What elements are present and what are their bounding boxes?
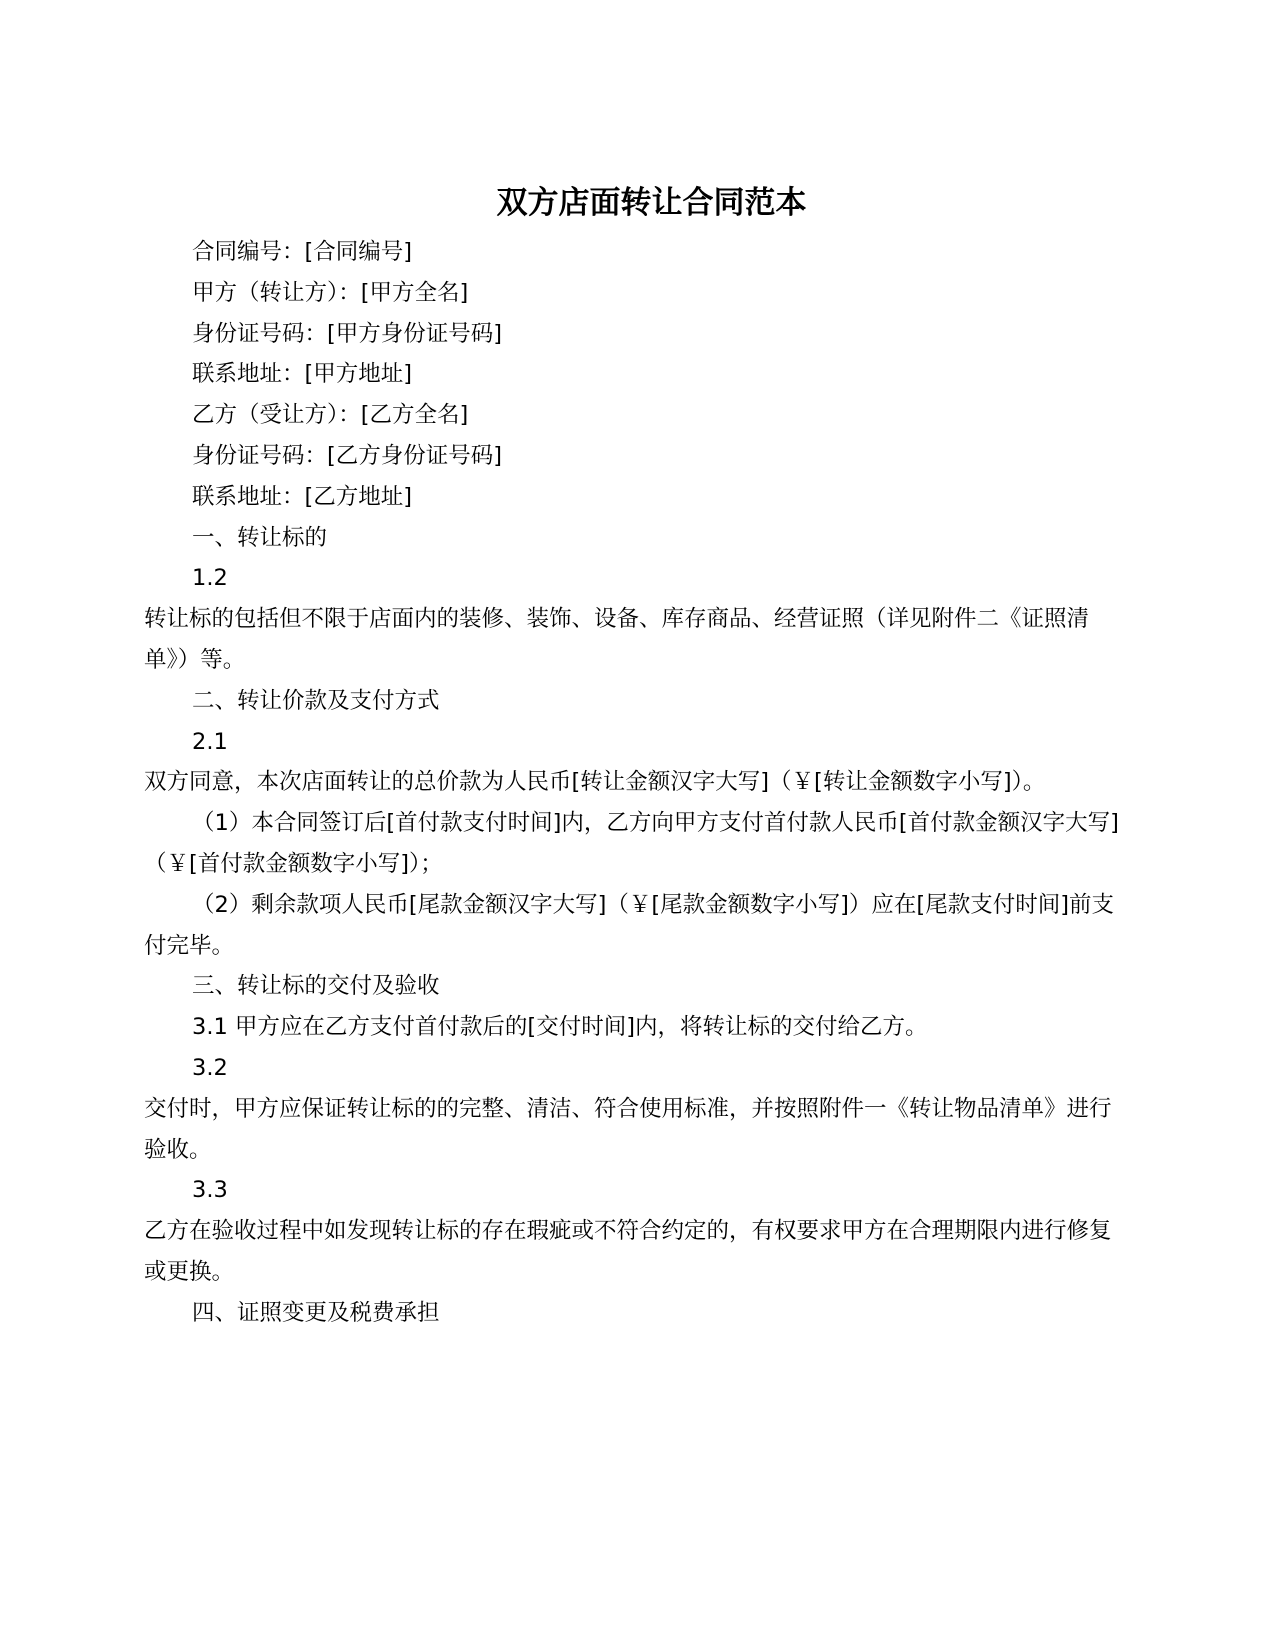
clause-text-3-3: 乙方在验收过程中如发现转让标的存在瑕疵或不符合约定的，有权要求甲方在合理期限内进… (144, 1211, 1129, 1293)
payment-item-1: （1）本合同签订后[首付款支付时间]内，乙方向甲方支付首付款人民币[首付款金额汉… (144, 803, 1129, 885)
contract-number: 合同编号：[合同编号] (144, 232, 1129, 273)
clause-number-2-1: 2.1 (144, 722, 1129, 763)
clause-text-1-2: 转让标的包括但不限于店面内的装修、装饰、设备、库存商品、经营证照（详见附件二《证… (144, 599, 1129, 681)
party-b-name: 乙方（受让方）：[乙方全名] (144, 395, 1129, 436)
document-page: 双方店面转让合同范本 合同编号：[合同编号] 甲方（转让方）：[甲方全名] 身份… (144, 178, 1129, 1334)
section-heading-1: 一、转让标的 (144, 518, 1129, 559)
clause-3-1: 3.1 甲方应在乙方支付首付款后的[交付时间]内，将转让标的交付给乙方。 (144, 1007, 1129, 1048)
party-b-id: 身份证号码：[乙方身份证号码] (144, 436, 1129, 477)
payment-item-2: （2）剩余款项人民币[尾款金额汉字大写]（￥[尾款金额数字小写]）应在[尾款支付… (144, 885, 1129, 967)
clause-text-3-2: 交付时，甲方应保证转让标的的完整、清洁、符合使用标准，并按照附件一《转让物品清单… (144, 1089, 1129, 1171)
section-heading-3: 三、转让标的交付及验收 (144, 966, 1129, 1007)
party-b-address: 联系地址：[乙方地址] (144, 477, 1129, 518)
party-a-address: 联系地址：[甲方地址] (144, 354, 1129, 395)
clause-text-2-1: 双方同意，本次店面转让的总价款为人民币[转让金额汉字大写]（￥[转让金额数字小写… (144, 762, 1129, 803)
clause-number-3-3: 3.3 (144, 1170, 1129, 1211)
clause-number-3-2: 3.2 (144, 1048, 1129, 1089)
document-title: 双方店面转让合同范本 (144, 178, 1129, 228)
party-a-name: 甲方（转让方）：[甲方全名] (144, 273, 1129, 314)
section-heading-4: 四、证照变更及税费承担 (144, 1293, 1129, 1334)
clause-number-1-2: 1.2 (144, 558, 1129, 599)
section-heading-2: 二、转让价款及支付方式 (144, 681, 1129, 722)
party-a-id: 身份证号码：[甲方身份证号码] (144, 314, 1129, 355)
